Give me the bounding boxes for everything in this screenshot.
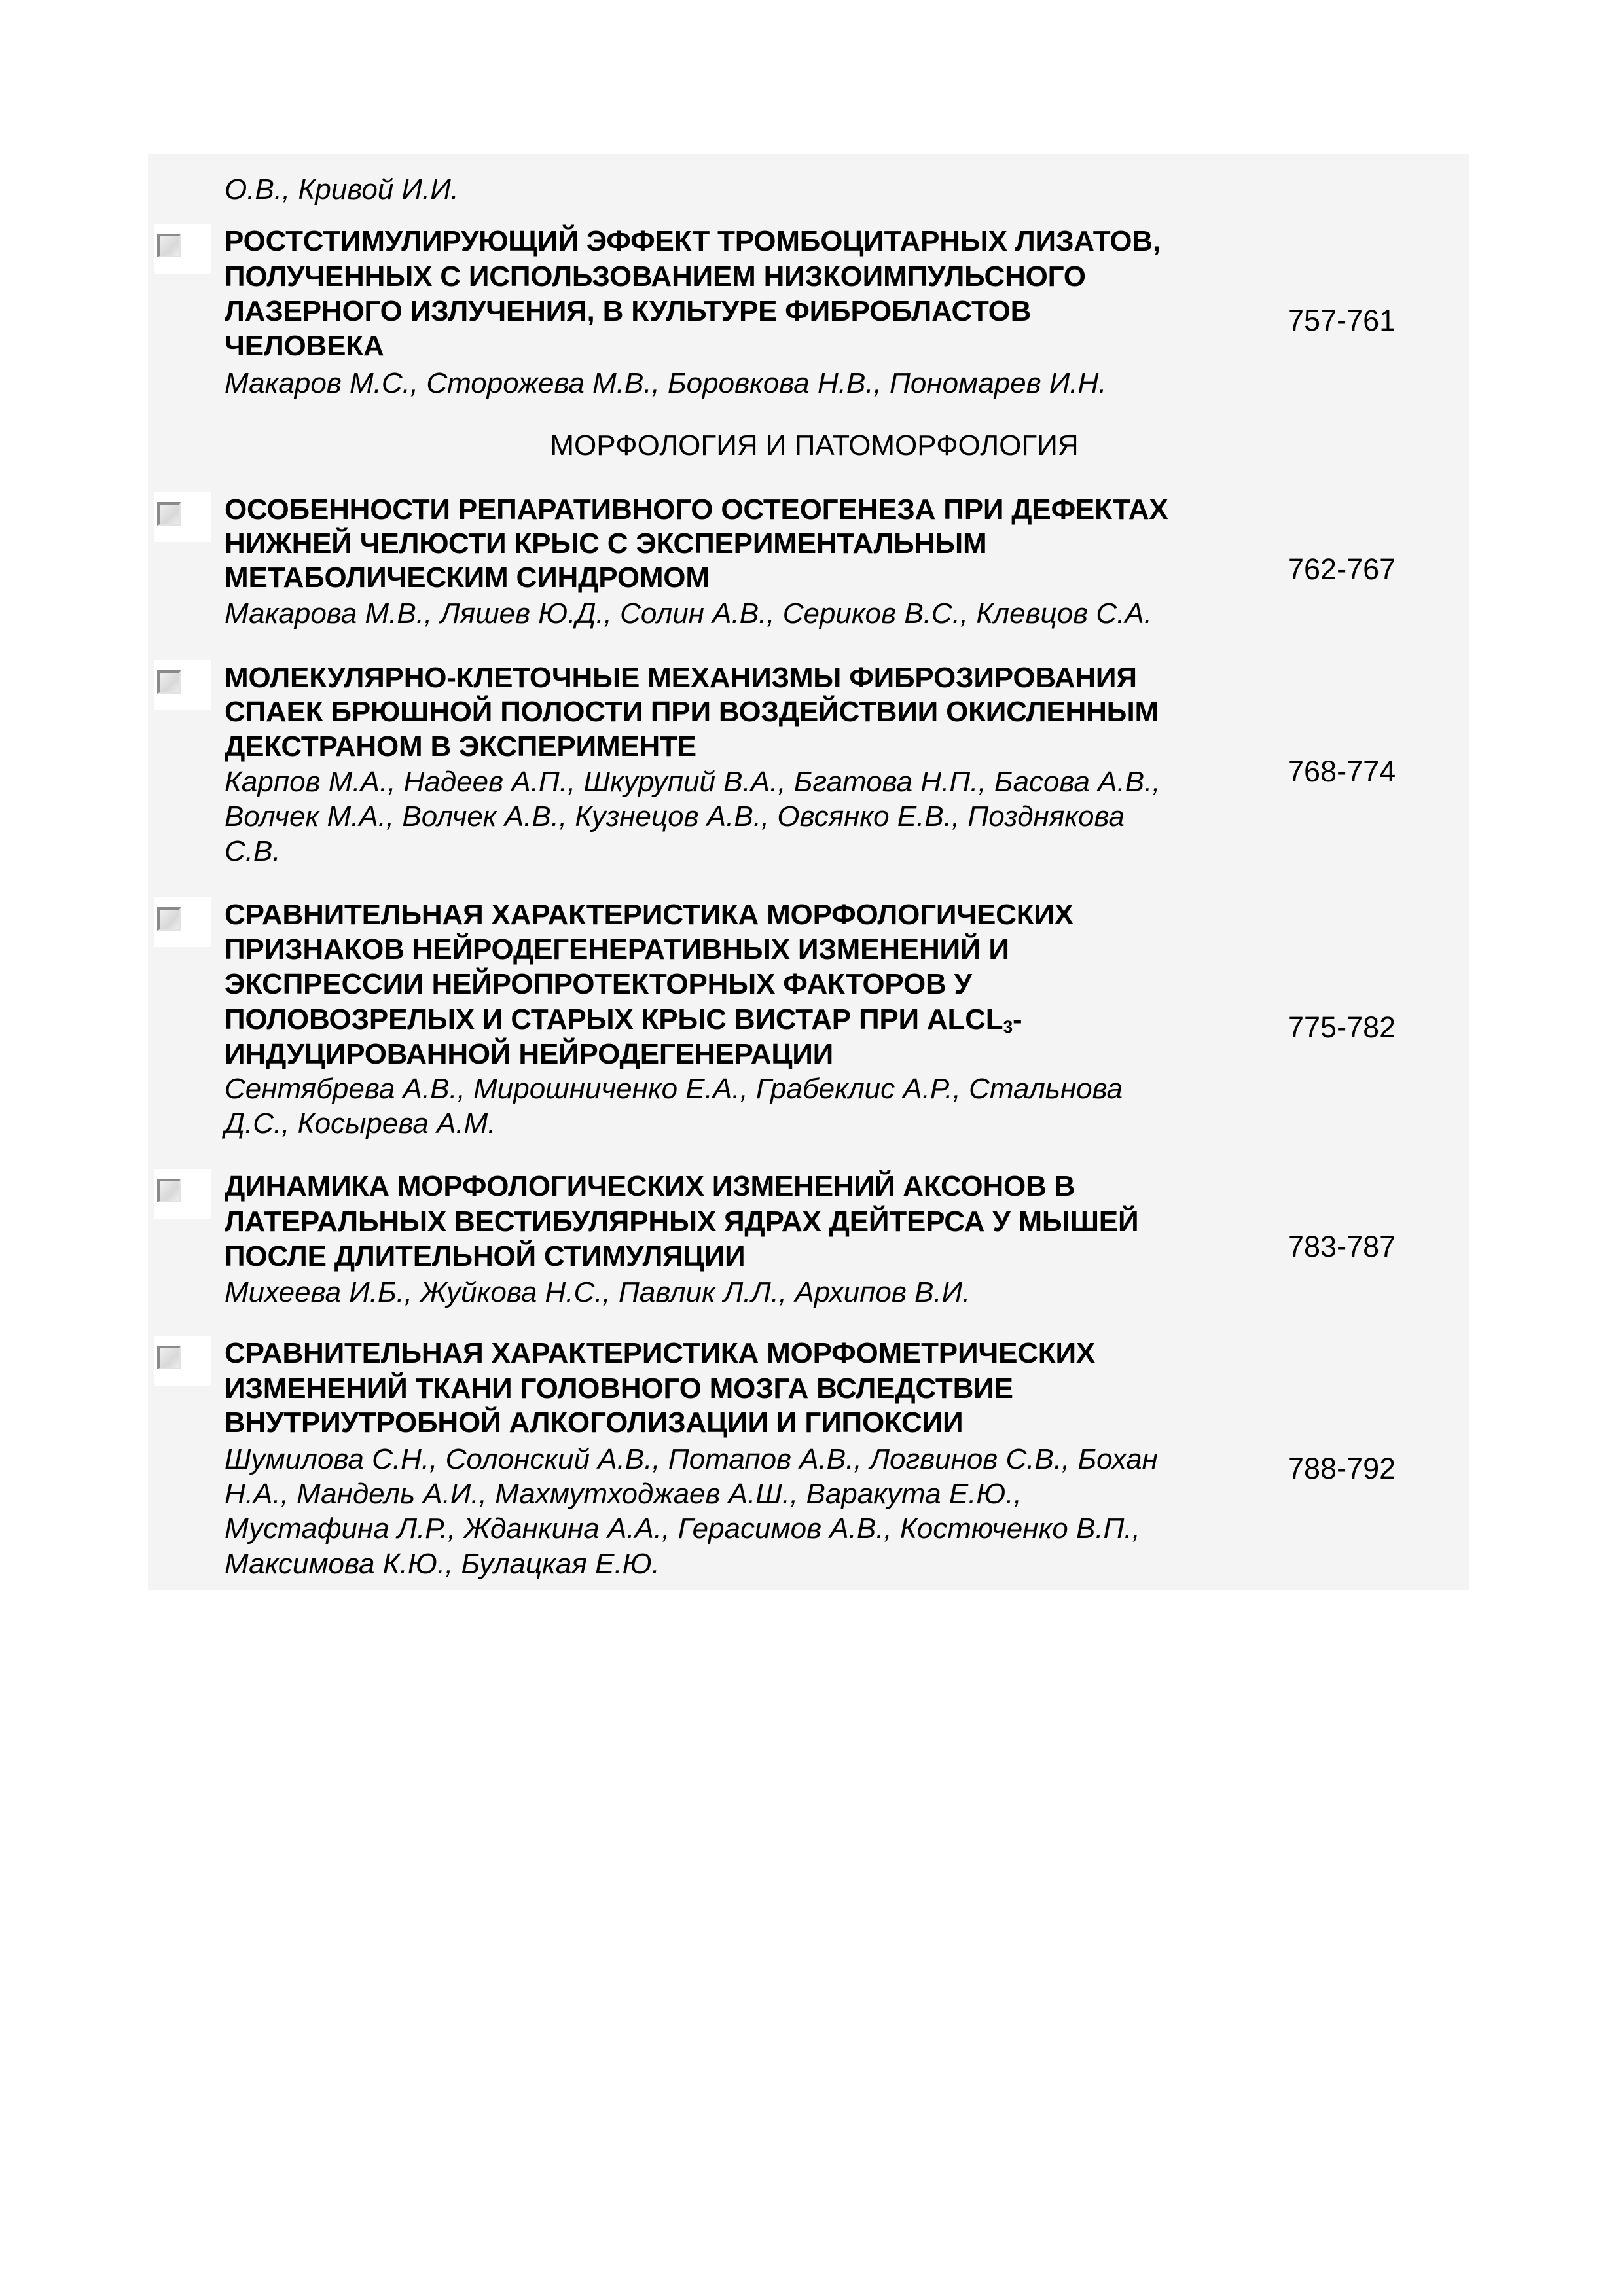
title-text: ПОЛОВОЗРЕЛЫХ И СТАРЫХ КРЫС ВИСТАР ПРИ AL… [225,1003,1003,1035]
article-authors: Максимова К.Ю., Булацкая Е.Ю. [225,1547,660,1581]
article-title-line[interactable]: МОЛЕКУЛЯРНО-КЛЕТОЧНЫЕ МЕХАНИЗМЫ ФИБРОЗИР… [225,660,1137,695]
article-title-line[interactable]: ПОЛУЧЕННЫХ С ИСПОЛЬЗОВАНИЕМ НИЗКОИМПУЛЬС… [225,259,1086,294]
article-title-line[interactable]: НИЖНЕЙ ЧЕЛЮСТИ КРЫС С ЭКСПЕРИМЕНТАЛЬНЫМ [225,526,986,561]
title-hyphen: - [1013,1003,1022,1035]
article-title-line[interactable]: ВНУТРИУТРОБНОЙ АЛКОГОЛИЗАЦИИ И ГИПОКСИИ [225,1405,963,1440]
checkbox-icon[interactable] [154,224,211,274]
article-title-line[interactable]: ПОСЛЕ ДЛИТЕЛЬНОЙ СТИМУЛЯЦИИ [225,1239,745,1274]
checkbox-icon[interactable] [154,492,211,542]
article-title-line[interactable]: ПРИЗНАКОВ НЕЙРОДЕГЕНЕРАТИВНЫХ ИЗМЕНЕНИЙ … [225,932,1009,967]
article-title-line[interactable]: СРАВНИТЕЛЬНАЯ ХАРАКТЕРИСТИКА МОРФОМЕТРИЧ… [225,1336,1095,1371]
article-title-line[interactable]: ЭКСПРЕССИИ НЕЙРОПРОТЕКТОРНЫХ ФАКТОРОВ У [225,967,972,1001]
article-authors: Волчек М.А., Волчек А.В., Кузнецов А.В.,… [225,799,1125,834]
article-title-line[interactable]: РОСТСТИМУЛИРУЮЩИЙ ЭФФЕКТ ТРОМБОЦИТАРНЫХ … [225,224,1161,259]
article-authors: С.В. [225,834,281,869]
article-title-line[interactable]: ДЕКСТРАНОМ В ЭКСПЕРИМЕНТЕ [225,729,696,764]
article-title-line[interactable]: ЧЕЛОВЕКА [225,329,384,363]
article-authors: Д.С., Косырева А.М. [225,1106,496,1141]
checkbox-icon[interactable] [154,1336,211,1386]
article-title-line[interactable]: СПАЕК БРЮШНОЙ ПОЛОСТИ ПРИ ВОЗДЕЙСТВИИ ОК… [225,694,1159,729]
page-range: 757-761 [1288,303,1396,338]
article-title-line[interactable]: ЛАТЕРАЛЬНЫХ ВЕСТИБУЛЯРНЫХ ЯДРАХ ДЕЙТЕРСА… [225,1204,1138,1239]
page-range: 775-782 [1288,1010,1396,1045]
article-authors: Карпов М.А., Надеев А.П., Шкурупий В.А.,… [225,764,1161,799]
article-authors: Н.А., Мандель А.И., Махмутходжаев А.Ш., … [225,1477,1022,1511]
article-title-line[interactable]: СРАВНИТЕЛЬНАЯ ХАРАКТЕРИСТИКА МОРФОЛОГИЧЕ… [225,897,1074,932]
checkbox-icon[interactable] [154,897,211,947]
article-title-line[interactable]: ОСОБЕННОСТИ РЕПАРАТИВНОГО ОСТЕОГЕНЕЗА ПР… [225,492,1168,527]
article-authors: Макарова М.В., Ляшев Ю.Д., Солин А.В., С… [225,596,1152,631]
article-title-line[interactable]: ИНДУЦИРОВАННОЙ НЕЙРОДЕГЕНЕРАЦИИ [225,1037,833,1071]
page-range: 788-792 [1288,1451,1396,1486]
article-title-line[interactable]: ПОЛОВОЗРЕЛЫХ И СТАРЫХ КРЫС ВИСТАР ПРИ AL… [225,1002,1022,1037]
article-authors: Макаров М.С., Сторожева М.В., Боровкова … [225,366,1107,401]
page-range: 768-774 [1288,754,1396,789]
article-title-line[interactable]: ИЗМЕНЕНИЙ ТКАНИ ГОЛОВНОГО МОЗГА ВСЛЕДСТВ… [225,1371,1013,1406]
page-range: 783-787 [1288,1229,1396,1264]
subscript: 3 [1003,1017,1012,1037]
article-authors: Мустафина Л.Р., Жданкина А.А., Герасимов… [225,1511,1140,1546]
previous-entry-authors-continuation: О.В., Кривой И.И. [225,172,459,207]
article-title-line[interactable]: МЕТАБОЛИЧЕСКИМ СИНДРОМОМ [225,560,710,595]
article-authors: Сентябрева А.В., Мирошниченко Е.А., Граб… [225,1071,1123,1106]
checkbox-icon[interactable] [154,1169,211,1219]
page-range: 762-767 [1288,552,1396,586]
checkbox-icon[interactable] [154,660,211,710]
section-heading: МОРФОЛОГИЯ И ПАТОМОРФОЛОГИЯ [148,428,1481,463]
article-authors: Шумилова С.Н., Солонский А.В., Потапов А… [225,1442,1158,1477]
article-title-line[interactable]: ДИНАМИКА МОРФОЛОГИЧЕСКИХ ИЗМЕНЕНИЙ АКСОН… [225,1169,1075,1204]
article-authors: Михеева И.Б., Жуйкова Н.С., Павлик Л.Л.,… [225,1275,970,1310]
article-title-line[interactable]: ЛАЗЕРНОГО ИЗЛУЧЕНИЯ, В КУЛЬТУРЕ ФИБРОБЛА… [225,294,1031,329]
